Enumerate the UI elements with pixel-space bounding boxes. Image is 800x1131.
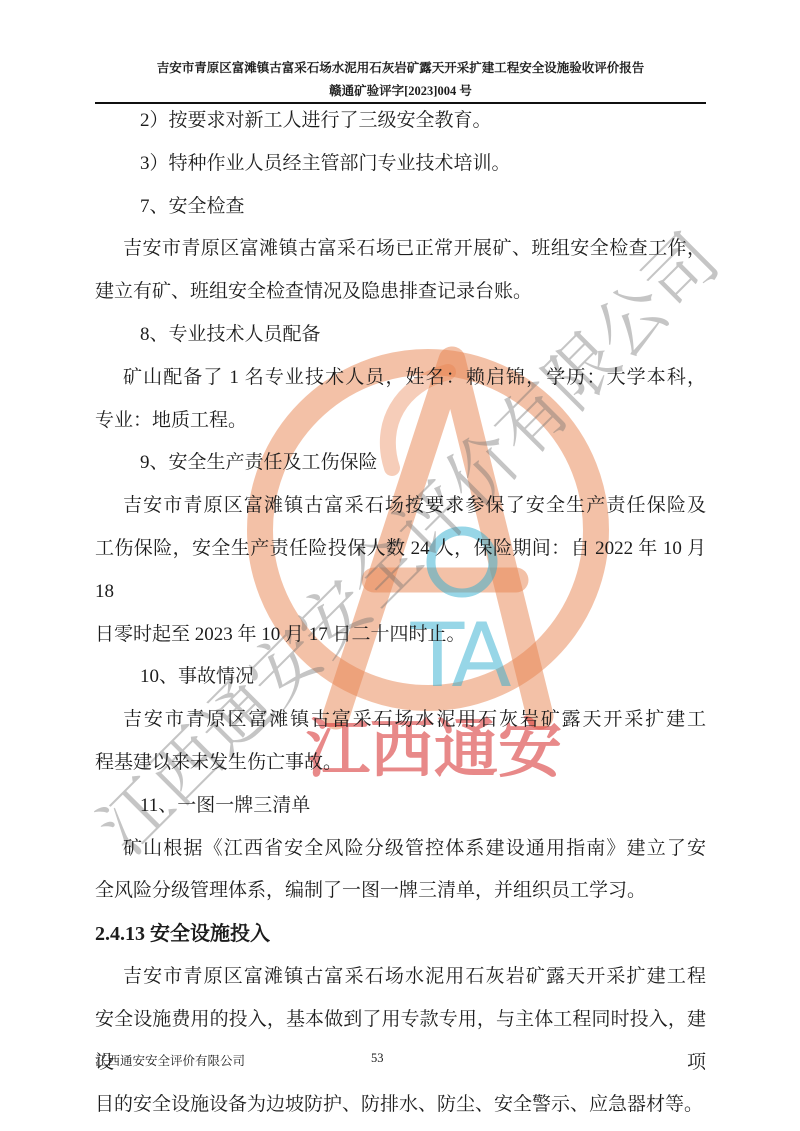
footer-page-number: 53	[371, 1051, 384, 1066]
footer-company-name: 江西通安安全评价有限公司	[95, 1051, 245, 1069]
body-line: 程基建以来未发生伤亡事故。	[95, 742, 706, 785]
body-line: 专业：地质工程。	[95, 400, 706, 443]
body-line: 全风险分级管理体系，编制了一图一牌三清单，并组织员工学习。	[95, 870, 706, 913]
body-line: 目的安全设施设备为边坡防护、防排水、防尘、安全警示、应急器材等。	[95, 1084, 706, 1127]
header-title-line1: 吉安市青原区富滩镇古富采石场水泥用石灰岩矿露天开采扩建工程安全设施验收评价报告	[95, 62, 706, 75]
header-document-number: 赣通矿验评字[2023]004 号	[95, 85, 706, 98]
body-line: 9、安全生产责任及工伤保险	[95, 442, 706, 485]
body-line: 10、事故情况	[95, 656, 706, 699]
body-line: 2）按要求对新工人进行了三级安全教育。	[95, 100, 706, 143]
document-page: TA 江西通安安全评价有限公司 江西通安 吉安市青原区富滩镇古富采石场水泥用石灰…	[0, 0, 800, 1131]
body-line: 日零时起至 2023 年 10 月 17 日二十四时止。	[95, 614, 706, 657]
section-heading: 2.4.13 安全设施投入	[95, 913, 706, 956]
body-line: 11、一图一牌三清单	[95, 785, 706, 828]
body-line: 7、安全检查	[95, 186, 706, 229]
body-line: 矿山配备了 1 名专业技术人员，姓名：赖启锦，学历：大学本科，	[95, 357, 706, 400]
body-line: 吉安市青原区富滩镇古富采石场按要求参保了安全生产责任保险及	[95, 485, 706, 528]
body-line: 建立有矿、班组安全检查情况及隐患排查记录台账。	[95, 271, 706, 314]
body-line: 吉安市青原区富滩镇古富采石场水泥用石灰岩矿露天开采扩建工	[95, 699, 706, 742]
page-content: 吉安市青原区富滩镇古富采石场水泥用石灰岩矿露天开采扩建工程安全设施验收评价报告 …	[0, 0, 800, 1131]
body-line: 吉安市青原区富滩镇古富采石场水泥用石灰岩矿露天开采扩建工程	[95, 956, 706, 999]
body-line: 3）特种作业人员经主管部门专业技术培训。	[95, 143, 706, 186]
body-text: 2）按要求对新工人进行了三级安全教育。 3）特种作业人员经主管部门专业技术培训。…	[95, 100, 706, 1127]
body-line: 工伤保险，安全生产责任险投保人数 24 人，保险期间：自 2022 年 10 月…	[95, 528, 706, 614]
body-line: 8、专业技术人员配备	[95, 314, 706, 357]
body-line: 矿山根据《江西省安全风险分级管控体系建设通用指南》建立了安	[95, 828, 706, 871]
body-line: 安全设施费用的投入，基本做到了用专款专用，与主体工程同时投入，建设项	[95, 999, 706, 1085]
body-line: 吉安市青原区富滩镇古富采石场已正常开展矿、班组安全检查工作，	[95, 228, 706, 271]
